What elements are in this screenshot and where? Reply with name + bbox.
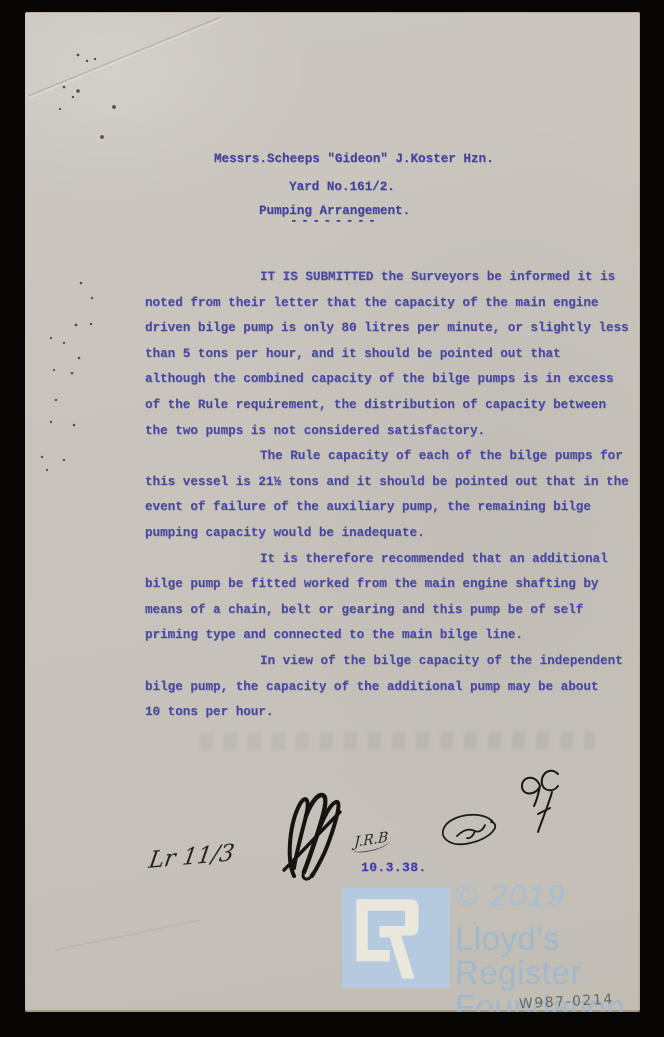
signature-flourish-2	[437, 808, 503, 852]
handwritten-reference: Lr 11/3	[147, 840, 236, 874]
paragraph-3: It is therefore recommended that an addi…	[145, 547, 640, 649]
addressee-line: Messrs.Scheeps "Gideon" J.Koster Hzn.	[214, 152, 494, 166]
surveyor-initials: J.R.B	[353, 829, 392, 854]
subject-underline: --------	[290, 214, 379, 228]
signature-flourish-1	[282, 788, 346, 884]
signature-flourish-3	[512, 766, 566, 840]
date-stamp: 10.3.38.	[361, 860, 427, 875]
showthrough-mark	[200, 731, 595, 751]
scan-background: Messrs.Scheeps "Gideon" J.Koster Hzn. Ya…	[0, 0, 664, 1037]
watermark-copyright: © 2019	[454, 878, 566, 914]
watermark-org-line1: Lloyd's Register	[455, 922, 640, 990]
lr-foundation-logo-icon	[342, 886, 450, 990]
paragraph-1: IT IS SUBMITTED the Surveyors be informe…	[145, 265, 640, 444]
letter-body: IT IS SUBMITTED the Surveyors be informe…	[145, 265, 640, 726]
yard-number-line: Yard No.161/2.	[289, 180, 395, 194]
document-page: Messrs.Scheeps "Gideon" J.Koster Hzn. Ya…	[25, 12, 640, 1012]
paragraph-4: In view of the bilge capacity of the ind…	[145, 649, 640, 726]
paragraph-2: The Rule capacity of each of the bilge p…	[145, 444, 640, 546]
pin-holes	[41, 54, 116, 472]
